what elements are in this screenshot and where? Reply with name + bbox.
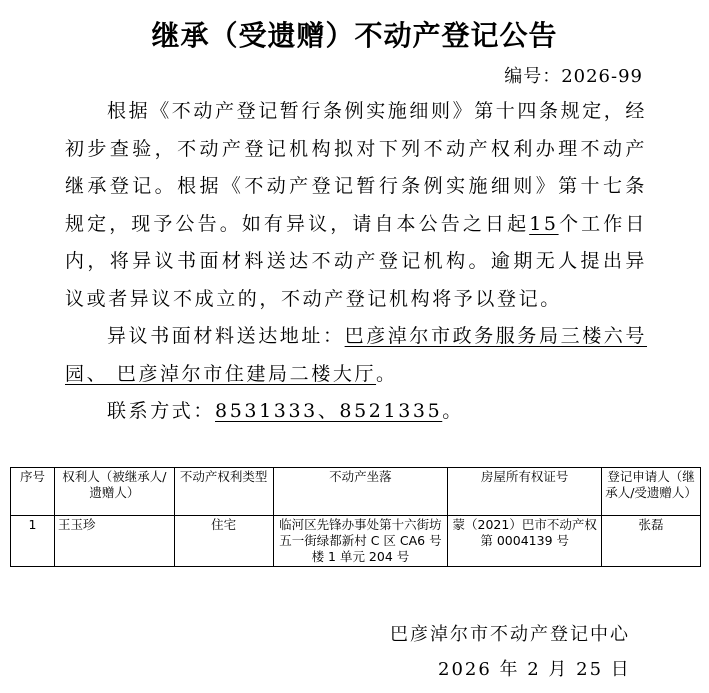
contact-value: 8531333、8521335 bbox=[215, 400, 442, 422]
cell-applicant: 张磊 bbox=[602, 516, 701, 567]
cell-location: 临河区先锋办事处第十六街坊五一街绿都新村 C 区 CA6 号楼 1 单元 204… bbox=[273, 516, 448, 567]
address-paragraph: 异议书面材料送达地址：巴彦淖尔市政务服务局三楼六号园、 巴彦淖尔市住建局二楼大厅… bbox=[65, 318, 647, 393]
objection-days: 15 bbox=[529, 213, 558, 235]
header-location: 不动产坐落 bbox=[273, 468, 448, 516]
issuing-organization: 巴彦淖尔市不动产登记中心 bbox=[390, 620, 630, 646]
announcement-paragraph: 根据《不动产登记暂行条例实施细则》第十四条规定，经初步查验，不动产登记机构拟对下… bbox=[65, 93, 647, 318]
announcement-body: 根据《不动产登记暂行条例实施细则》第十四条规定，经初步查验，不动产登记机构拟对下… bbox=[65, 93, 647, 431]
header-index: 序号 bbox=[11, 468, 55, 516]
header-certificate: 房屋所有权证号 bbox=[448, 468, 602, 516]
address-end: 。 bbox=[376, 363, 398, 385]
contact-paragraph: 联系方式：8531333、8521335。 bbox=[65, 393, 647, 431]
cell-certificate: 蒙（2021）巴市不动产权第 0004139 号 bbox=[448, 516, 602, 567]
header-applicant: 登记申请人（继承人/受遗赠人） bbox=[602, 468, 701, 516]
header-right-type: 不动产权利类型 bbox=[174, 468, 273, 516]
registration-table: 序号 权利人（被继承人/遗赠人） 不动产权利类型 不动产坐落 房屋所有权证号 登… bbox=[10, 467, 701, 567]
contact-end: 。 bbox=[442, 400, 464, 422]
table-row: 1 王玉珍 住宅 临河区先锋办事处第十六街坊五一街绿都新村 C 区 CA6 号楼… bbox=[11, 516, 701, 567]
document-number: 编号：2026-99 bbox=[504, 62, 643, 88]
issue-date: 2026 年 2 月 25 日 bbox=[438, 655, 631, 681]
page-title: 继承（受遗赠）不动产登记公告 bbox=[0, 14, 709, 54]
cell-owner: 王玉珍 bbox=[54, 516, 174, 567]
table-header-row: 序号 权利人（被继承人/遗赠人） 不动产权利类型 不动产坐落 房屋所有权证号 登… bbox=[11, 468, 701, 516]
cell-right-type: 住宅 bbox=[174, 516, 273, 567]
address-label: 异议书面材料送达地址： bbox=[107, 325, 345, 347]
contact-label: 联系方式： bbox=[107, 400, 215, 422]
header-owner: 权利人（被继承人/遗赠人） bbox=[54, 468, 174, 516]
cell-index: 1 bbox=[11, 516, 55, 567]
